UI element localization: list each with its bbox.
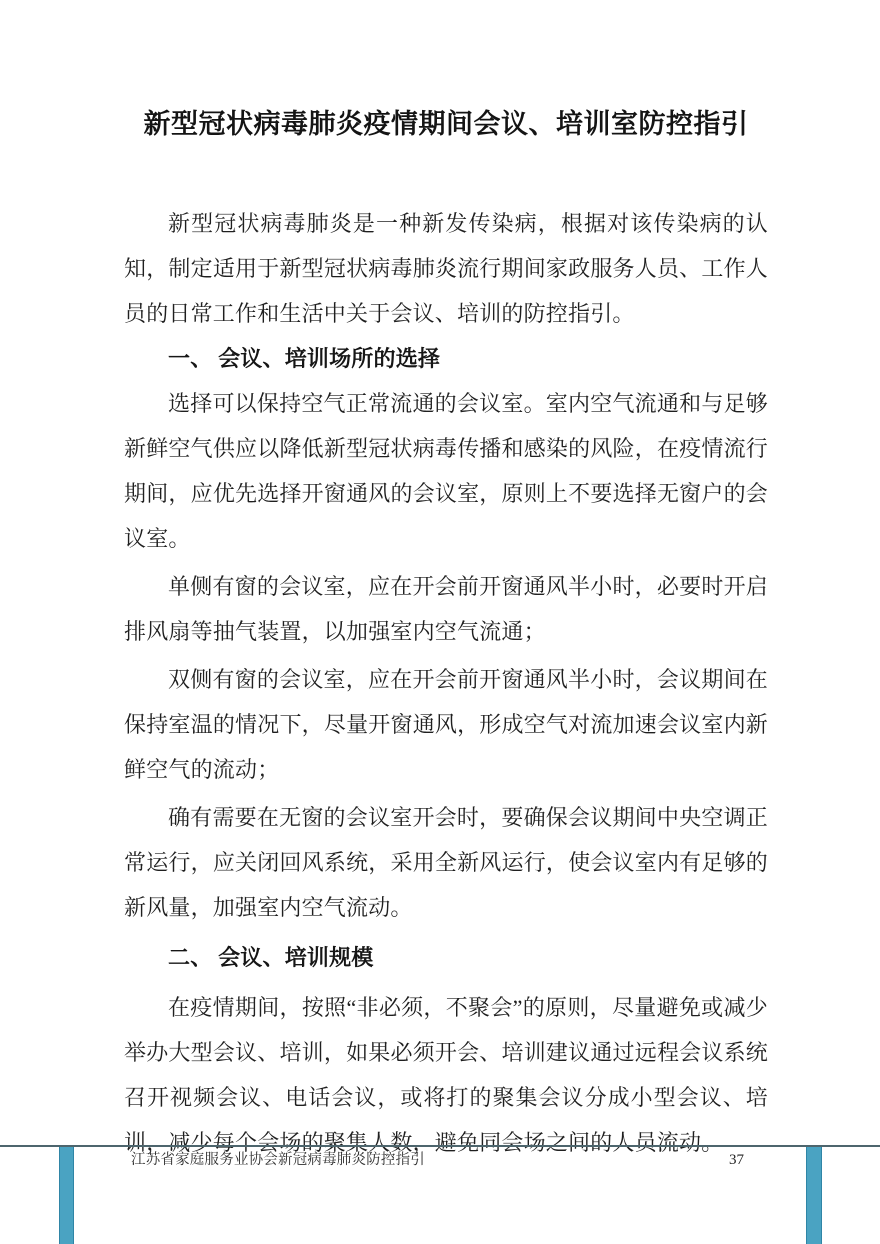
body-paragraph: 在疫情期间，按照“非必须，不聚会”的原则，尽量避免或减少举办大型会议、培训，如果… <box>124 985 768 1165</box>
body-paragraph: 双侧有窗的会议室，应在开会前开窗通风半小时，会议期间在保持室温的情况下，尽量开窗… <box>124 657 768 792</box>
footer-text: 江苏省家庭服务业协会新冠病毒肺炎防控指引 <box>131 1151 425 1169</box>
document-page: 新型冠状病毒肺炎疫情期间会议、培训室防控指引 新型冠状病毒肺炎是一种新发传染病，… <box>0 0 880 1244</box>
section-heading-2: 二、 会议、培训规模 <box>124 935 768 980</box>
body-paragraph: 确有需要在无窗的会议室开会时，要确保会议期间中央空调正常运行，应关闭回风系统，采… <box>124 795 768 930</box>
section-heading-1: 一、 会议、培训场所的选择 <box>124 336 768 381</box>
page-number: 37 <box>729 1151 744 1169</box>
accent-bar-left <box>59 1147 74 1244</box>
accent-bar-right <box>806 1147 822 1244</box>
body-paragraph: 单侧有窗的会议室，应在开会前开窗通风半小时，必要时开启排风扇等抽气装置，以加强室… <box>124 564 768 654</box>
footer-rule <box>0 1145 880 1147</box>
body-paragraph: 新型冠状病毒肺炎是一种新发传染病，根据对该传染病的认知，制定适用于新型冠状病毒肺… <box>124 201 768 336</box>
page-title: 新型冠状病毒肺炎疫情期间会议、培训室防控指引 <box>124 0 768 141</box>
page-content: 新型冠状病毒肺炎疫情期间会议、培训室防控指引 新型冠状病毒肺炎是一种新发传染病，… <box>124 0 768 1165</box>
body-paragraph: 选择可以保持空气正常流通的会议室。室内空气流通和与足够新鲜空气供应以降低新型冠状… <box>124 381 768 561</box>
